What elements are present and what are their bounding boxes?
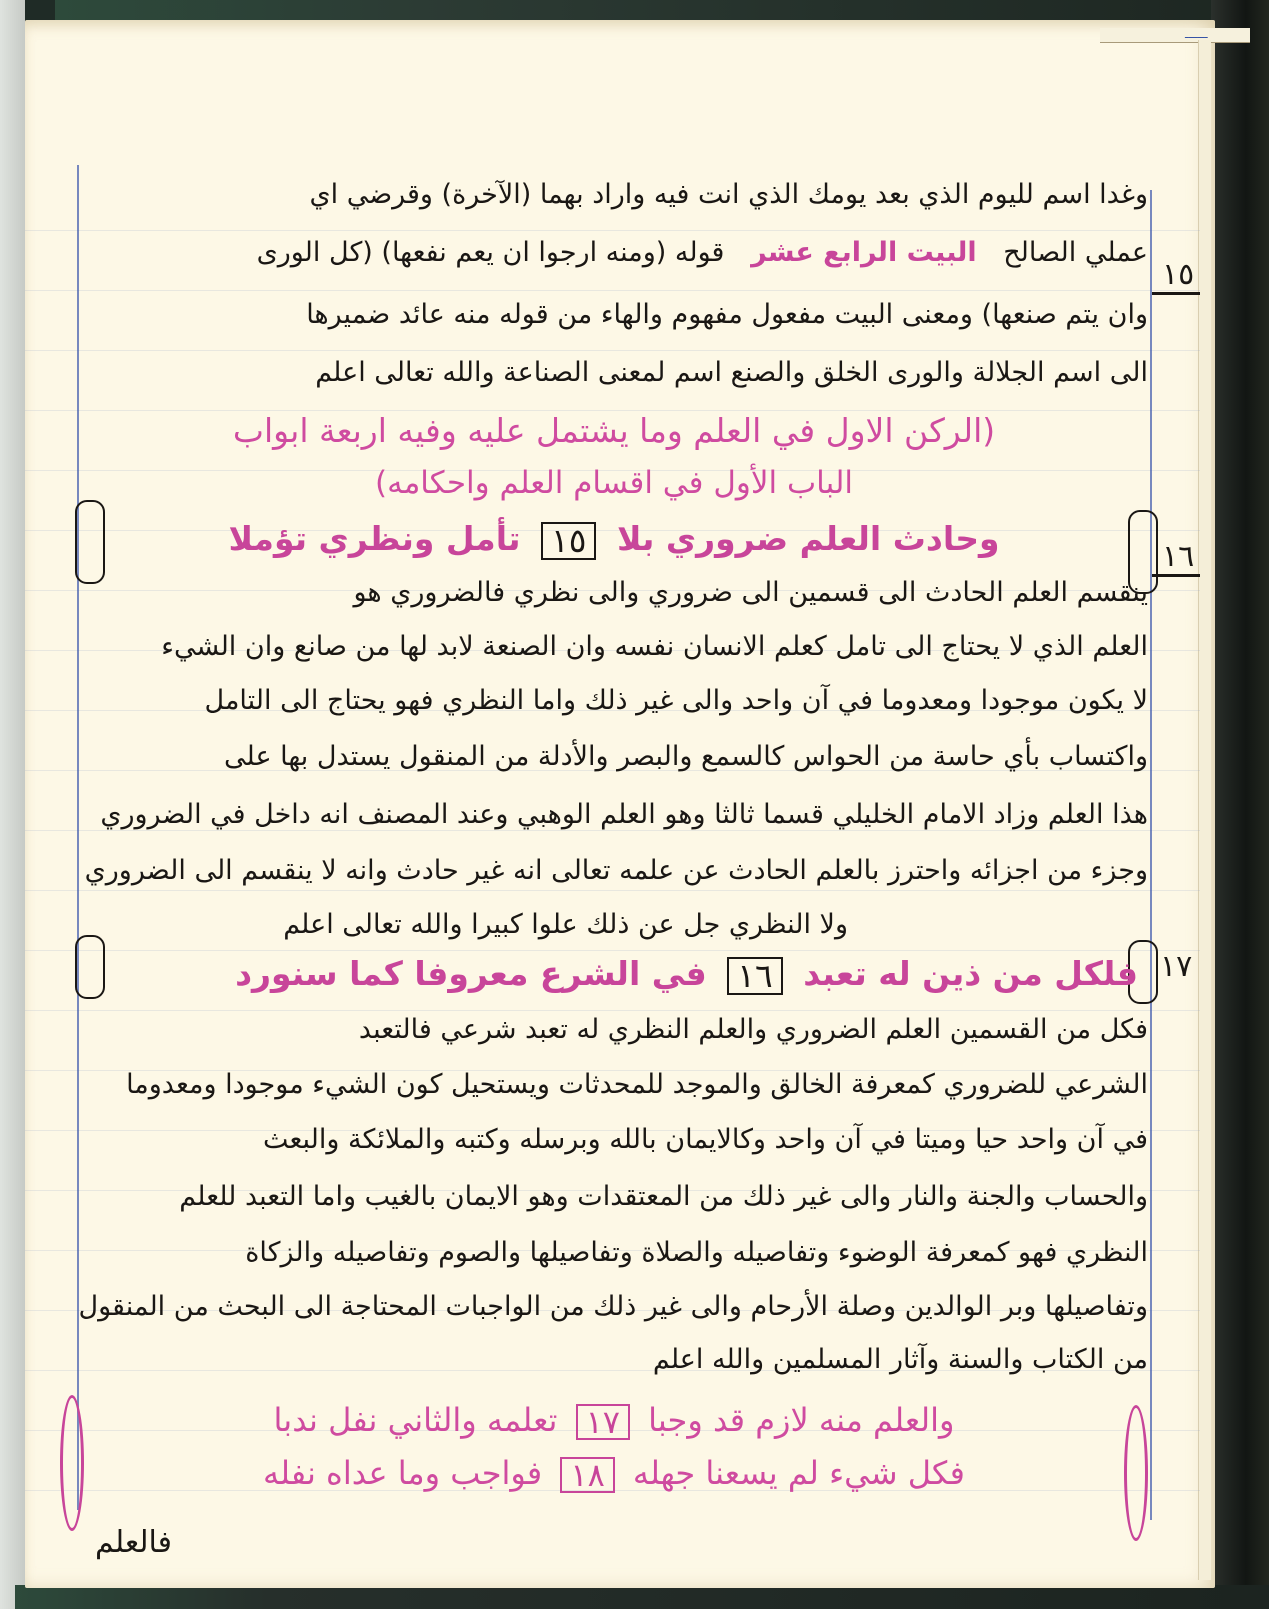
verse-number-box: ١٥ [541,522,596,560]
text-line: وجزء من اجزائه واحترز بالعلم الحادث عن ع… [80,851,1148,891]
text-line: من الكتاب والسنة وآثار المسلمين والله اع… [500,1340,1148,1380]
manuscript-body: وغدا اسم لليوم الذي بعد يومك الذي انت في… [80,175,1148,1575]
text-line: النظري فهو كمعرفة الوضوء وتفاصيله والصلا… [80,1233,1148,1273]
verse-number-box: ١٧ [576,1404,630,1440]
verse-hemistich-left: تعلمه والثاني نفل ندبا [274,1401,558,1439]
verse-hemistich-right: فلكل من ذين له تعبد [803,954,1138,993]
text-fragment: عملي الصالح [1003,237,1148,268]
corner-mark: ـــــــ [1185,28,1208,41]
notebook-cover-spine [1211,0,1269,1609]
verse-number-box: ١٨ [560,1457,614,1493]
verse-line: فكل شيء لم يسعنا جهله ١٨ فواجب وما عداه … [110,1450,1118,1496]
verse-line: فلكل من ذين له تعبد ١٦ في الشرع معروفا ك… [80,950,1138,998]
verse-hemistich-right: وحادث العلم ضروري بلا [617,519,1000,558]
text-line: فكل من القسمين العلم الضروري والعلم النظ… [80,1010,1148,1050]
text-line: عملي الصالح البيت الرابع عشر قوله (ومنه … [80,233,1148,273]
right-margin-rule [1150,190,1152,1520]
text-line: الشرعي للضروري كمعرفة الخالق والموجد للم… [80,1065,1148,1105]
verse-hemistich-left: فواجب وما عداه نفله [263,1454,542,1492]
text-fragment: قوله (ومنه ارجوا ان يعم نفعها) (كل الورى [257,237,725,268]
text-line: العلم الذي لا يحتاج الى تامل كعلم الانسا… [80,627,1148,667]
notebook-cover-top [55,0,1269,22]
text-line: وان يتم صنعها) ومعنى البيت مفعول مفهوم و… [80,295,1148,335]
verse-hemistich-left: تأمل ونظري تؤملا [228,519,520,558]
text-line: في آن واحد حيا وميتا في آن واحد وكالايما… [80,1120,1148,1160]
verse-hemistich-right: فكل شيء لم يسعنا جهله [633,1454,965,1492]
text-line: هذا العلم وزاد الامام الخليلي قسما ثالثا… [80,795,1148,835]
notebook-cover-bottom [15,1585,1269,1609]
catchword: فالعلم [95,1525,172,1560]
text-line: وغدا اسم لليوم الذي بعد يومك الذي انت في… [80,175,1148,215]
verse-heading-inline: البيت الرابع عشر [751,237,977,268]
verse-line: والعلم منه لازم قد وجبا ١٧ تعلمه والثاني… [110,1397,1118,1443]
section-heading: (الركن الاول في العلم وما يشتمل عليه وفي… [80,407,1148,455]
text-line: ينقسم العلم الحادث الى قسمين الى ضروري و… [80,573,1148,613]
text-line: لا يكون موجودا ومعدوما في آن واحد والى غ… [80,681,1148,721]
text-line: الى اسم الجلالة والورى الخلق والصنع اسم … [80,353,1148,393]
text-line: وتفاصيلها وبر الوالدين وصلة الأرحام والى… [80,1287,1148,1327]
margin-number-15: ١٥ [1152,258,1200,295]
page-edge-top [1100,28,1250,43]
verse-number-box: ١٦ [727,957,782,995]
verse-hemistich-right: والعلم منه لازم قد وجبا [648,1401,954,1439]
margin-number-16: ١٦ [1152,540,1200,577]
verse-hemistich-left: في الشرع معروفا كما سنورد [235,954,707,993]
text-line: والحساب والجنة والنار والى غير ذلك من ال… [80,1177,1148,1217]
text-line: واكتساب بأي حاسة من الحواس كالسمع والبصر… [80,737,1148,777]
verse-line: وحادث العلم ضروري بلا ١٥ تأمل ونظري تؤمل… [80,515,1148,563]
text-line: ولا النظري جل عن ذلك علوا كبيرا والله تع… [80,905,848,945]
scanner-edge [0,0,25,1609]
chapter-heading: الباب الأول في اقسام العلم واحكامه) [80,460,1148,506]
